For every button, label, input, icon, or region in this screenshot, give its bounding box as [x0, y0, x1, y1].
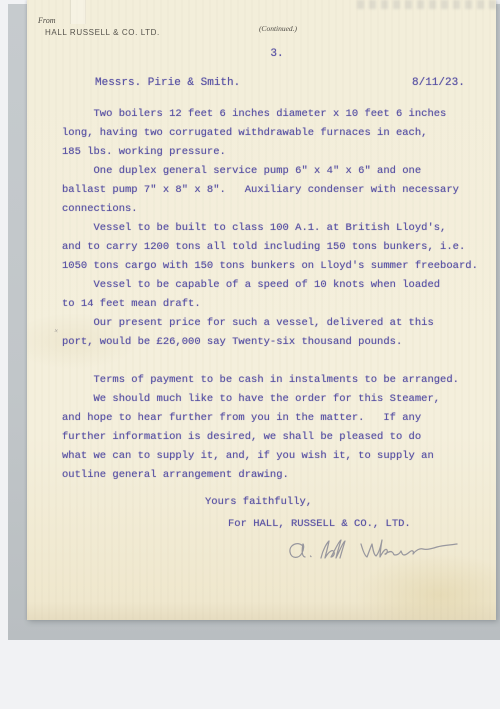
- body-line: Vessel to be capable of a speed of 10 kn…: [62, 276, 500, 295]
- from-label: From: [38, 16, 55, 25]
- body-line: 1050 tons cargo with 150 tons bunkers on…: [62, 257, 500, 276]
- handwritten-signature: [285, 532, 465, 574]
- body-line: long, having two corrugated withdrawable…: [62, 124, 500, 143]
- body-line: and to carry 1200 tons all told includin…: [62, 238, 500, 257]
- body-line: Our present price for such a vessel, del…: [62, 314, 500, 333]
- recipient-line: Messrs. Pirie & Smith.: [95, 77, 240, 89]
- body-line: outline general arrangement drawing.: [62, 466, 500, 485]
- body-line: to 14 feet mean draft.: [62, 295, 500, 314]
- body-lines: Two boilers 12 feet 6 inches diameter x …: [62, 105, 500, 485]
- body-line: ballast pump 7" x 8" x 8". Auxiliary con…: [62, 181, 500, 200]
- body-line: port, would be £26,000 say Twenty-six th…: [62, 333, 500, 352]
- paper-speck: ×: [53, 328, 58, 336]
- body-line: Terms of payment to be cash in instalmen…: [62, 371, 500, 390]
- body-line: and hope to hear further from you in the…: [62, 409, 500, 428]
- page-number: 3.: [217, 48, 337, 60]
- body-line: One duplex general service pump 6" x 4" …: [62, 162, 500, 181]
- date-line: 8/11/23.: [412, 77, 465, 89]
- signature-initial-stroke: [290, 544, 311, 558]
- body-line: We should much like to have the order fo…: [62, 390, 500, 409]
- body-line: further information is desired, we shall…: [62, 428, 500, 447]
- body-line: connections.: [62, 200, 500, 219]
- signature-hall-stroke: [321, 540, 345, 558]
- letter-paper: × From HALL RUSSELL & CO. LTD. (Continue…: [27, 0, 496, 620]
- paper-crease: [70, 0, 86, 24]
- body-line: what we can to supply it, and, if you wi…: [62, 447, 500, 466]
- faded-stamp-mark: [357, 0, 500, 9]
- body-line: Vessel to be built to class 100 A.1. at …: [62, 219, 500, 238]
- body-line: [62, 352, 500, 371]
- valediction-line: Yours faithfully,: [205, 496, 312, 508]
- scanned-letter-page: × From HALL RUSSELL & CO. LTD. (Continue…: [0, 0, 500, 709]
- continued-label: (Continued.): [218, 24, 338, 33]
- signature-company-line: For HALL, RUSSELL & CO., LTD.: [228, 518, 411, 530]
- signature-wilson-stroke: [361, 540, 457, 557]
- body-line: Two boilers 12 feet 6 inches diameter x …: [62, 105, 500, 124]
- letterhead-company: HALL RUSSELL & CO. LTD.: [45, 28, 160, 37]
- body-line: 185 lbs. working pressure.: [62, 143, 500, 162]
